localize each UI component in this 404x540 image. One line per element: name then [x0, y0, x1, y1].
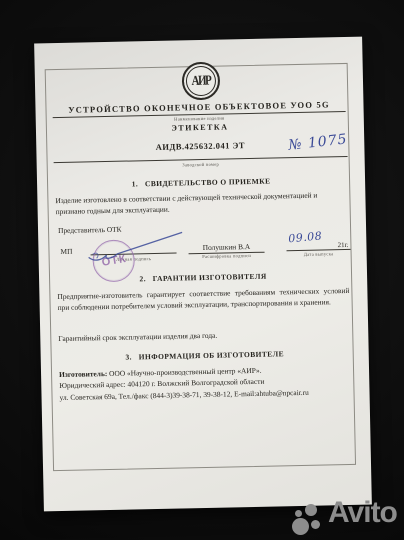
date-year-suffix: 21г. [337, 241, 348, 249]
issue-date-block: 09.08 21г. [286, 231, 350, 251]
mp-label: МП [60, 247, 72, 256]
manufacturer-info-block: Изготовитель: ООО «Научно-производственн… [59, 363, 352, 403]
logo-monogram: АИР [191, 73, 210, 88]
stamp-signature-stroke [84, 229, 189, 265]
document-photo-paper: АИР УСТРОЙСТВО ОКОНЕЧНОЕ ОБЪЕКТОВОЕ УОО … [34, 37, 372, 512]
issue-date-handwritten: 09.08 [288, 229, 323, 245]
manufacturer-label: Изготовитель: [59, 369, 107, 379]
avito-wordmark: Avito [328, 496, 397, 530]
avito-watermark: Avito [292, 503, 404, 540]
